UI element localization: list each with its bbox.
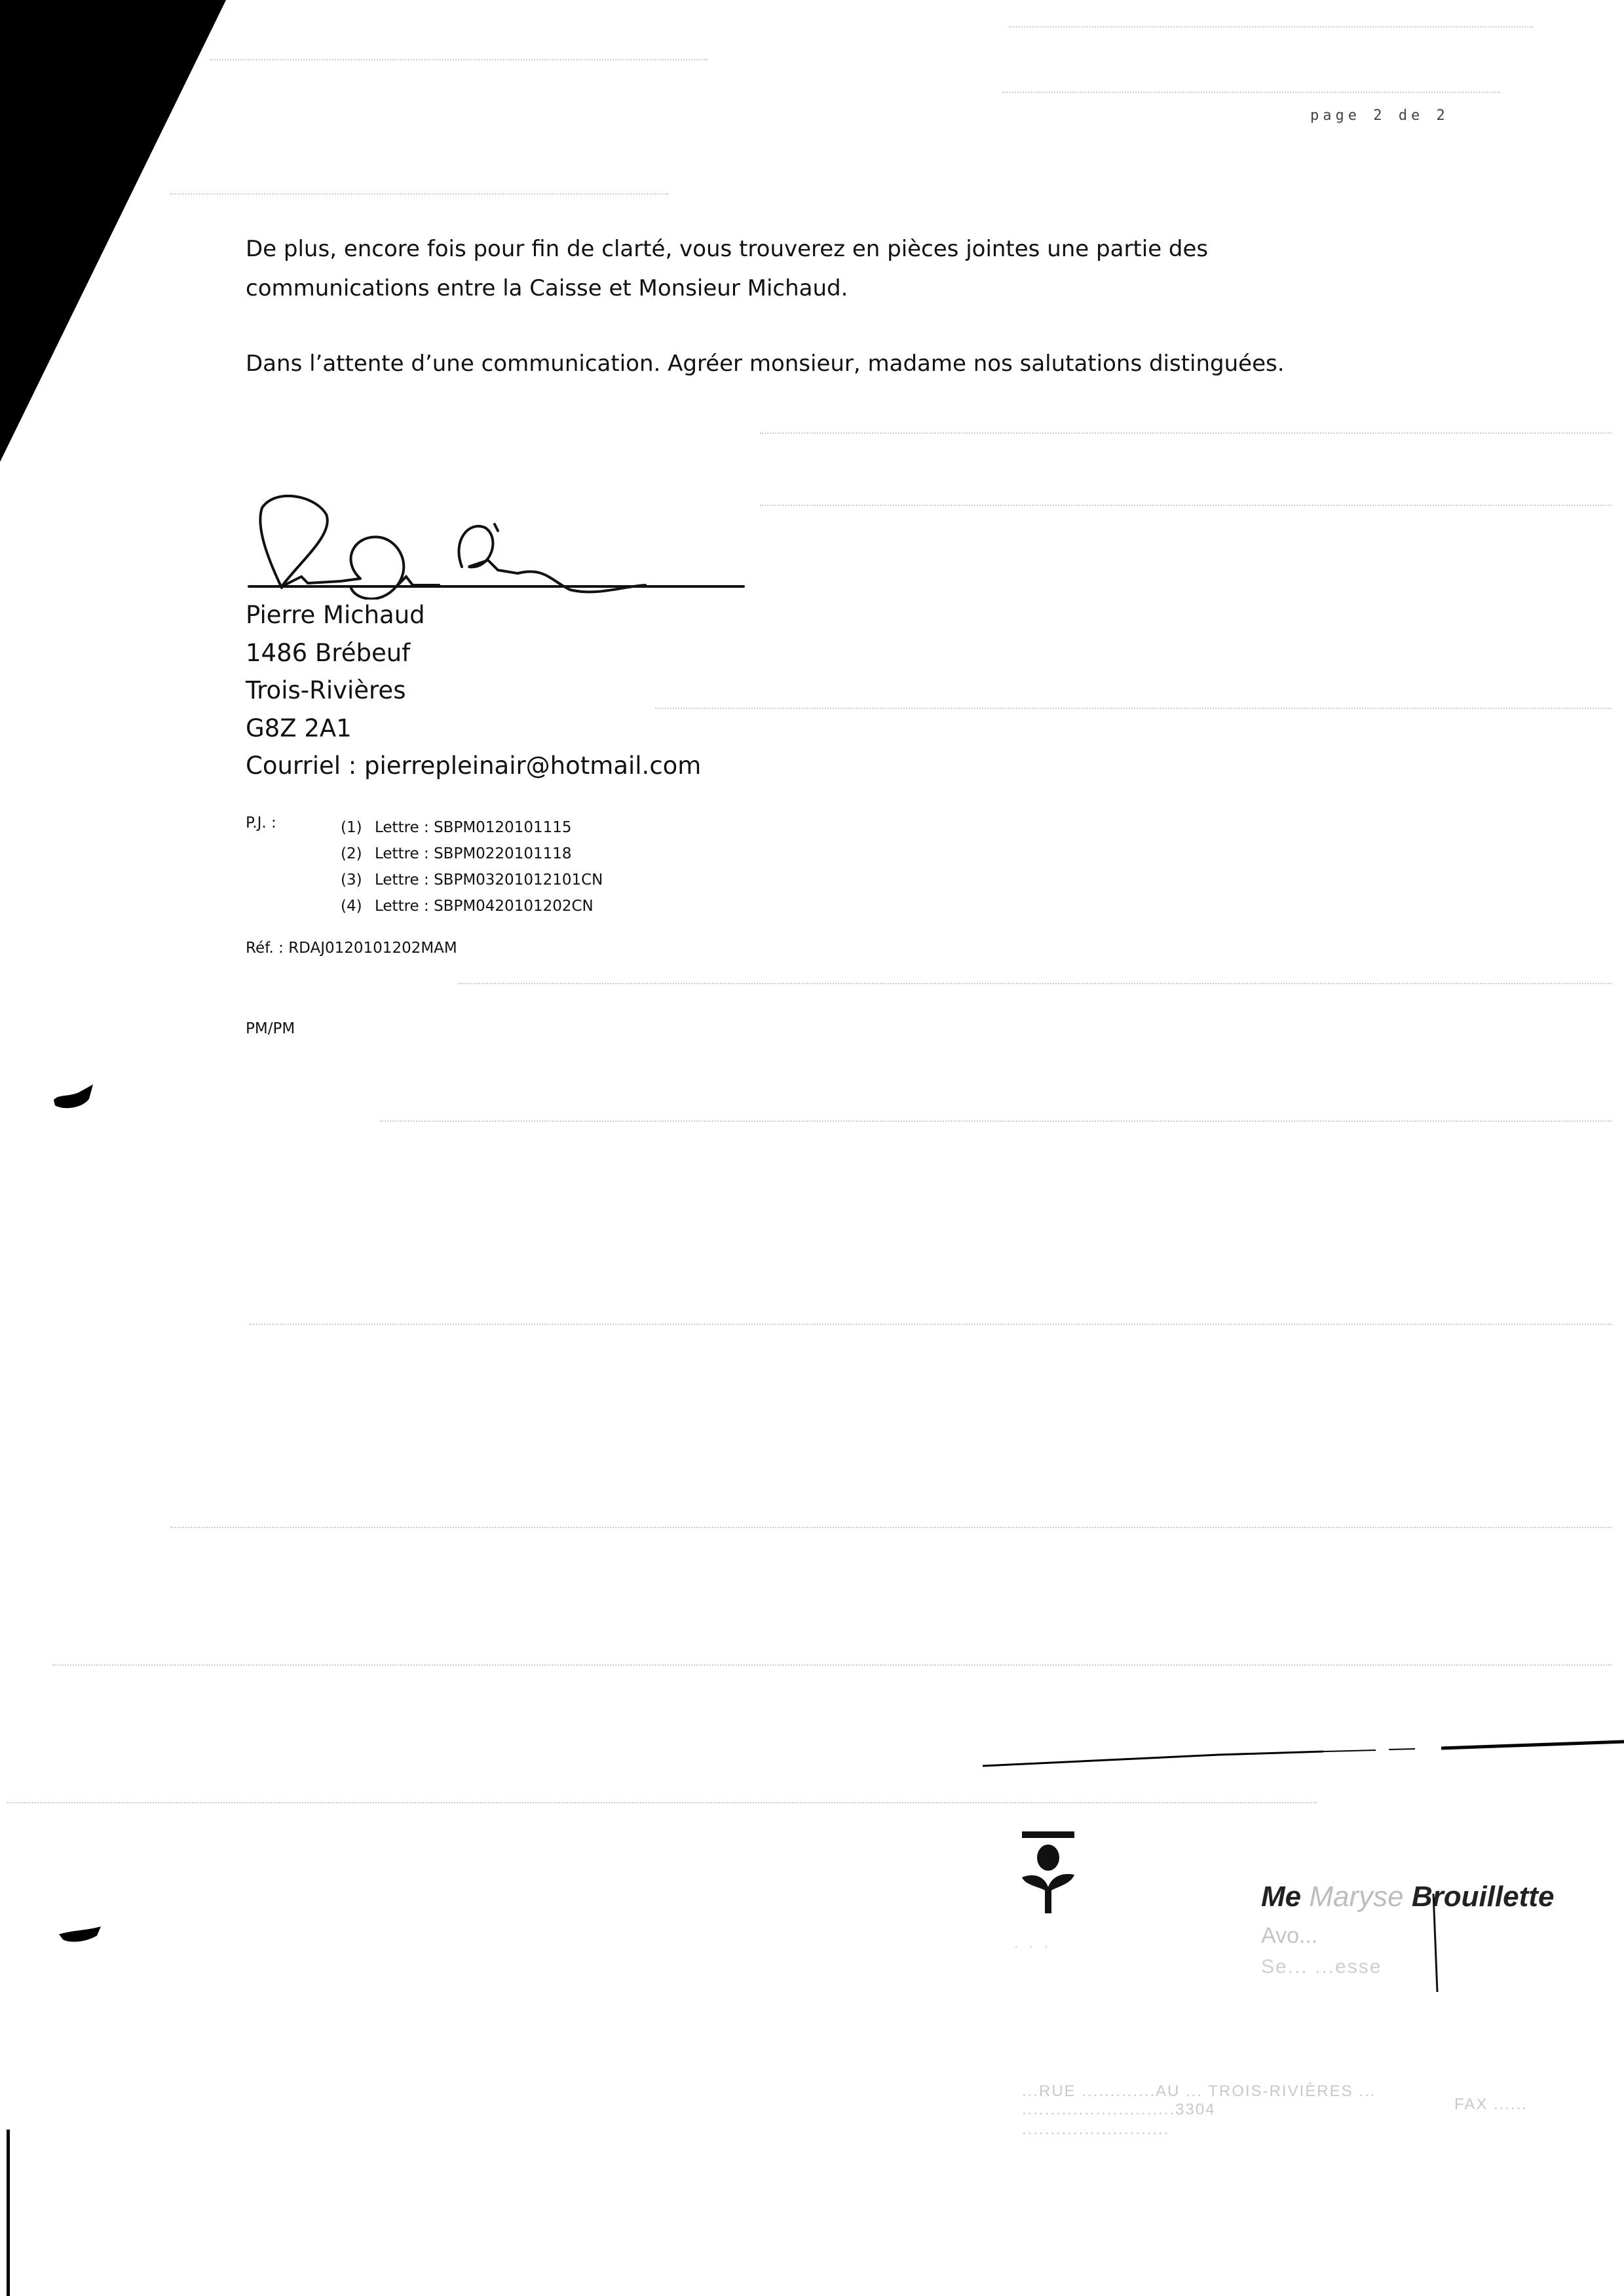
reference-number: Réf. : RDAJ0120101202MAM xyxy=(246,940,457,957)
scan-noise xyxy=(7,1802,1317,1805)
scan-blot-artifact xyxy=(51,1084,96,1111)
attachments-label: P.J. : xyxy=(246,814,276,832)
firm-address: ...RUE .............AU ... TROIS-RIVIÈRE… xyxy=(1022,2082,1376,2101)
letterhead-rule xyxy=(983,1730,1624,1782)
attachment-item: (1)Lettre : SBPM0120101115 xyxy=(341,814,603,841)
logo-caption: · · · xyxy=(1014,1940,1052,1953)
scan-noise xyxy=(1009,26,1533,29)
lawyer-title: Avo... xyxy=(1261,1923,1317,1949)
scan-noise xyxy=(170,193,668,196)
sender-postal-code: G8Z 2A1 xyxy=(246,710,701,748)
closing-paragraph: De plus, encore fois pour fin de clarté,… xyxy=(246,229,1208,308)
scan-noise xyxy=(1002,92,1500,94)
scan-blot-artifact xyxy=(58,1926,102,1943)
scan-noise xyxy=(210,59,708,62)
scan-noise xyxy=(380,1120,1612,1123)
attachment-item: (4)Lettre : SBPM0420101202CN xyxy=(341,893,603,919)
page-number: page 2 de 2 xyxy=(1310,107,1449,124)
firm-email: .......................... xyxy=(1022,2120,1169,2139)
handwritten-signature xyxy=(242,488,753,600)
firm-logo-icon xyxy=(1019,1831,1078,1930)
firm-phone: ...........................3304 xyxy=(1022,2101,1215,2119)
scan-noise xyxy=(52,1664,1612,1667)
scan-noise xyxy=(760,432,1612,435)
scan-noise xyxy=(760,505,1612,507)
attachment-item: (3)Lettre : SBPM03201012101CN xyxy=(341,867,603,893)
lawyer-name: Me Maryse Brouillette xyxy=(1261,1881,1554,1913)
pen-stroke-artifact xyxy=(1428,1894,1448,1992)
scanned-letter-page: page 2 de 2 De plus, encore fois pour fi… xyxy=(0,0,1624,2296)
paragraph-line: De plus, encore fois pour fin de clarté,… xyxy=(246,229,1208,269)
sender-street: 1486 Brébeuf xyxy=(246,634,701,672)
attachments-list: (1)Lettre : SBPM0120101115 (2)Lettre : S… xyxy=(341,814,603,919)
sender-name: Pierre Michaud xyxy=(246,596,701,634)
scan-noise xyxy=(655,708,1612,710)
salutation-paragraph: Dans l’attente d’une communication. Agré… xyxy=(246,344,1285,383)
sender-block: Pierre Michaud 1486 Brébeuf Trois-Rivièr… xyxy=(246,596,701,785)
scan-edge-artifact xyxy=(7,2130,10,2296)
scan-noise xyxy=(459,983,1612,985)
firm-fax: FAX ...... xyxy=(1454,2095,1528,2114)
sender-city: Trois-Rivières xyxy=(246,672,701,710)
typist-initials: PM/PM xyxy=(246,1020,295,1037)
lawyer-department: Se... ...esse xyxy=(1261,1956,1382,1978)
sender-email: Courriel : pierrepleinair@hotmail.com xyxy=(246,747,701,785)
attachment-item: (2)Lettre : SBPM0220101118 xyxy=(341,841,603,867)
scan-shadow-artifact xyxy=(0,0,229,465)
scan-noise xyxy=(249,1324,1612,1326)
scan-noise xyxy=(170,1527,1612,1529)
paragraph-line: communications entre la Caisse et Monsie… xyxy=(246,269,1208,308)
